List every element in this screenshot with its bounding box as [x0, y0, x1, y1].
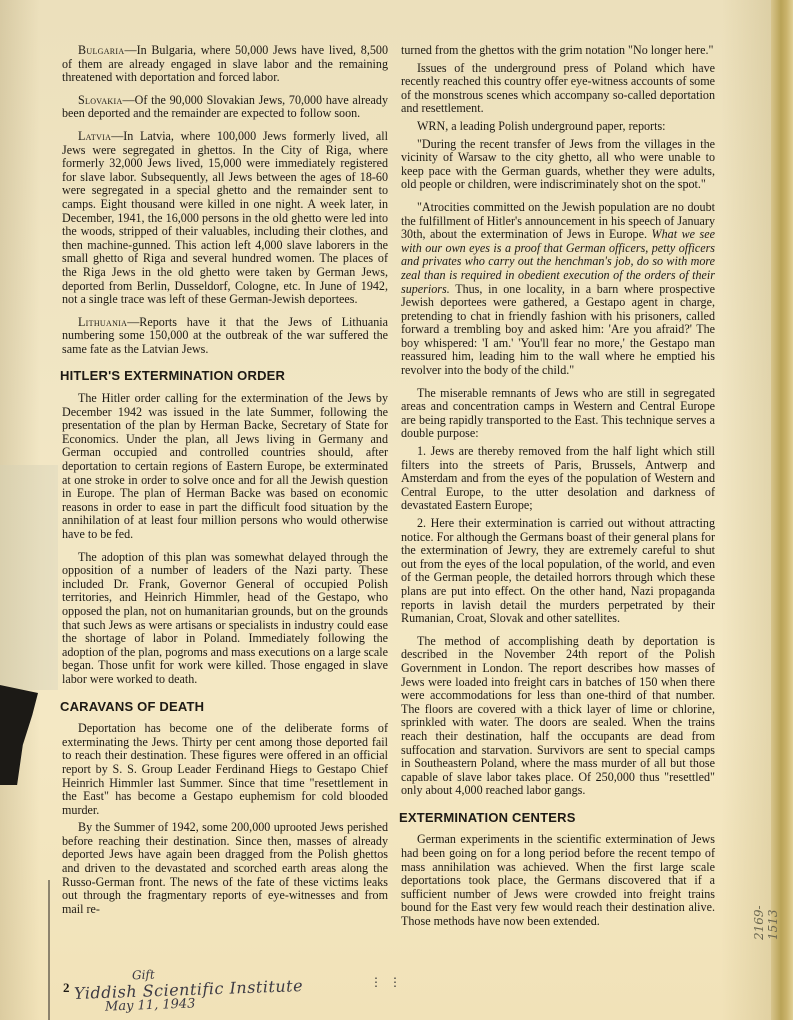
list-item: 2. Here their extermination is carried o…	[401, 517, 715, 626]
paragraph-lithuania: Lithuania—Reports have it that the Jews …	[62, 316, 388, 357]
paragraph: Deportation has become one of the delibe…	[62, 722, 388, 817]
handwritten-gift: Gift	[132, 968, 155, 983]
vertical-handwritten-note: 2169-1513	[752, 899, 780, 940]
page-binding-edge	[771, 0, 793, 1020]
quote: "Atrocities committed on the Jewish popu…	[401, 201, 715, 378]
country-lead: Slovakia	[78, 93, 123, 107]
country-lead: Lithuania	[78, 315, 127, 329]
paragraph-continuation: turned from the ghettos with the grim no…	[401, 44, 715, 58]
paragraph: WRN, a leading Polish underground paper,…	[401, 120, 715, 134]
section-heading-extermination-order: Hitler's Extermination Order	[60, 369, 388, 383]
stamp-dots: ⋮ ⋮	[370, 975, 403, 990]
paragraph: German experiments in the scientific ext…	[401, 833, 715, 928]
section-heading-extermination-centers: Extermination Centers	[399, 811, 715, 825]
paragraph: The method of accomplishing death by dep…	[401, 635, 715, 798]
paragraph: Issues of the underground press of Polan…	[401, 62, 715, 116]
paragraph: The adoption of this plan was somewhat d…	[62, 551, 388, 687]
paragraph-slovakia: Slovakia—Of the 90,000 Slovakian Jews, 7…	[62, 94, 388, 121]
paragraph: The miserable remnants of Jews who are s…	[401, 387, 715, 441]
handwritten-date: May 11, 1943	[105, 996, 196, 1014]
tape-strip	[0, 465, 58, 690]
page-number: 2	[63, 980, 70, 996]
section-heading-caravans: Caravans of Death	[60, 700, 388, 714]
quote: "During the recent transfer of Jews from…	[401, 138, 715, 192]
page-shadow	[721, 0, 771, 1020]
paragraph-latvia: Latvia—In Latvia, where 100,000 Jews for…	[62, 130, 388, 307]
paragraph: By the Summer of 1942, some 200,000 upro…	[62, 821, 388, 916]
margin-line	[48, 880, 50, 1020]
right-column: turned from the ghettos with the grim no…	[401, 44, 715, 938]
left-column: Bulgaria—In Bulgaria, where 50,000 Jews …	[62, 44, 388, 925]
country-lead: Bulgaria	[78, 43, 124, 57]
country-lead: Latvia	[78, 129, 111, 143]
list-item: 1. Jews are thereby removed from the hal…	[401, 445, 715, 513]
paragraph-bulgaria: Bulgaria—In Bulgaria, where 50,000 Jews …	[62, 44, 388, 85]
paragraph: The Hitler order calling for the extermi…	[62, 392, 388, 542]
